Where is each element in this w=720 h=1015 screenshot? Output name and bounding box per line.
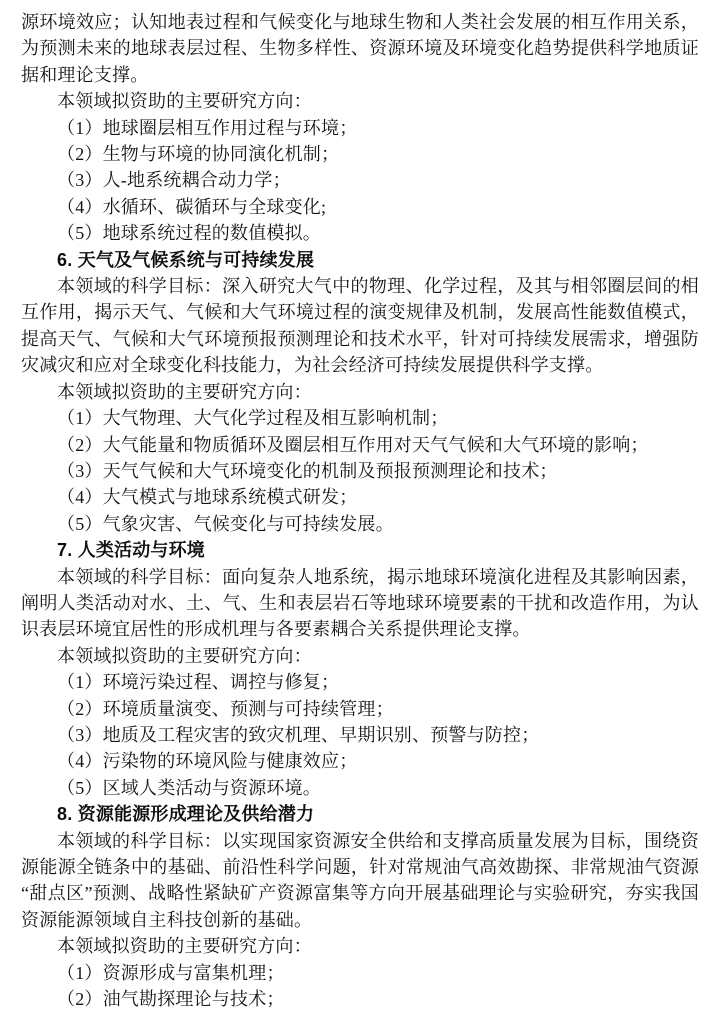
research-direction-item: （1）资源形成与富集机理；: [21, 960, 699, 986]
body-paragraph: 本领域拟资助的主要研究方向：: [21, 643, 699, 669]
body-paragraph: 本领域拟资助的主要研究方向：: [21, 379, 699, 405]
research-direction-item: （1）环境污染过程、调控与修复；: [21, 669, 699, 695]
research-direction-item: （2）油气勘探理论与技术；: [21, 986, 699, 1012]
research-direction-item: （1）大气物理、大气化学过程及相互影响机制；: [21, 405, 699, 431]
body-paragraph: 本领域的科学目标：面向复杂人地系统，揭示地球环境演化进程及其影响因素，阐明人类活…: [21, 564, 699, 643]
continuation-paragraph: 源环境效应；认知地表过程和气候变化与地球生物和人类社会发展的相互作用关系，为预测…: [21, 9, 699, 88]
document-content: 源环境效应；认知地表过程和气候变化与地球生物和人类社会发展的相互作用关系，为预测…: [21, 9, 699, 1012]
research-direction-item: （4）水循环、碳循环与全球变化;: [21, 194, 699, 220]
body-paragraph: 本领域拟资助的主要研究方向：: [21, 88, 699, 114]
body-paragraph: 本领域的科学目标：深入研究大气中的物理、化学过程，及其与相邻圈层间的相互作用，揭…: [21, 273, 699, 379]
document-page: 源环境效应；认知地表过程和气候变化与地球生物和人类社会发展的相互作用关系，为预测…: [0, 0, 720, 1015]
section-heading: 7. 人类活动与环境: [21, 537, 699, 563]
research-direction-item: （2）大气能量和物质循环及圈层相互作用对天气气候和大气环境的影响；: [21, 432, 699, 458]
research-direction-item: （1）地球圈层相互作用过程与环境；: [21, 115, 699, 141]
research-direction-item: （5）气象灾害、气候变化与可持续发展。: [21, 511, 699, 537]
research-direction-item: （3）人-地系统耦合动力学；: [21, 167, 699, 193]
body-paragraph: 本领域拟资助的主要研究方向：: [21, 933, 699, 959]
research-direction-item: （4）大气模式与地球系统模式研发；: [21, 484, 699, 510]
research-direction-item: （3）天气气候和大气环境变化的机制及预报预测理论和技术；: [21, 458, 699, 484]
research-direction-item: （3）地质及工程灾害的致灾机理、早期识别、预警与防控；: [21, 722, 699, 748]
section-heading: 8. 资源能源形成理论及供给潜力: [21, 801, 699, 827]
body-paragraph: 本领域的科学目标：以实现国家资源安全供给和支撑高质量发展为目标，围绕资源能源全链…: [21, 828, 699, 934]
research-direction-item: （2）生物与环境的协同演化机制；: [21, 141, 699, 167]
research-direction-item: （5）地球系统过程的数值模拟。: [21, 220, 699, 246]
research-direction-item: （5）区域人类活动与资源环境。: [21, 775, 699, 801]
section-heading: 6. 天气及气候系统与可持续发展: [21, 247, 699, 273]
research-direction-item: （4）污染物的环境风险与健康效应；: [21, 748, 699, 774]
research-direction-item: （2）环境质量演变、预测与可持续管理；: [21, 696, 699, 722]
